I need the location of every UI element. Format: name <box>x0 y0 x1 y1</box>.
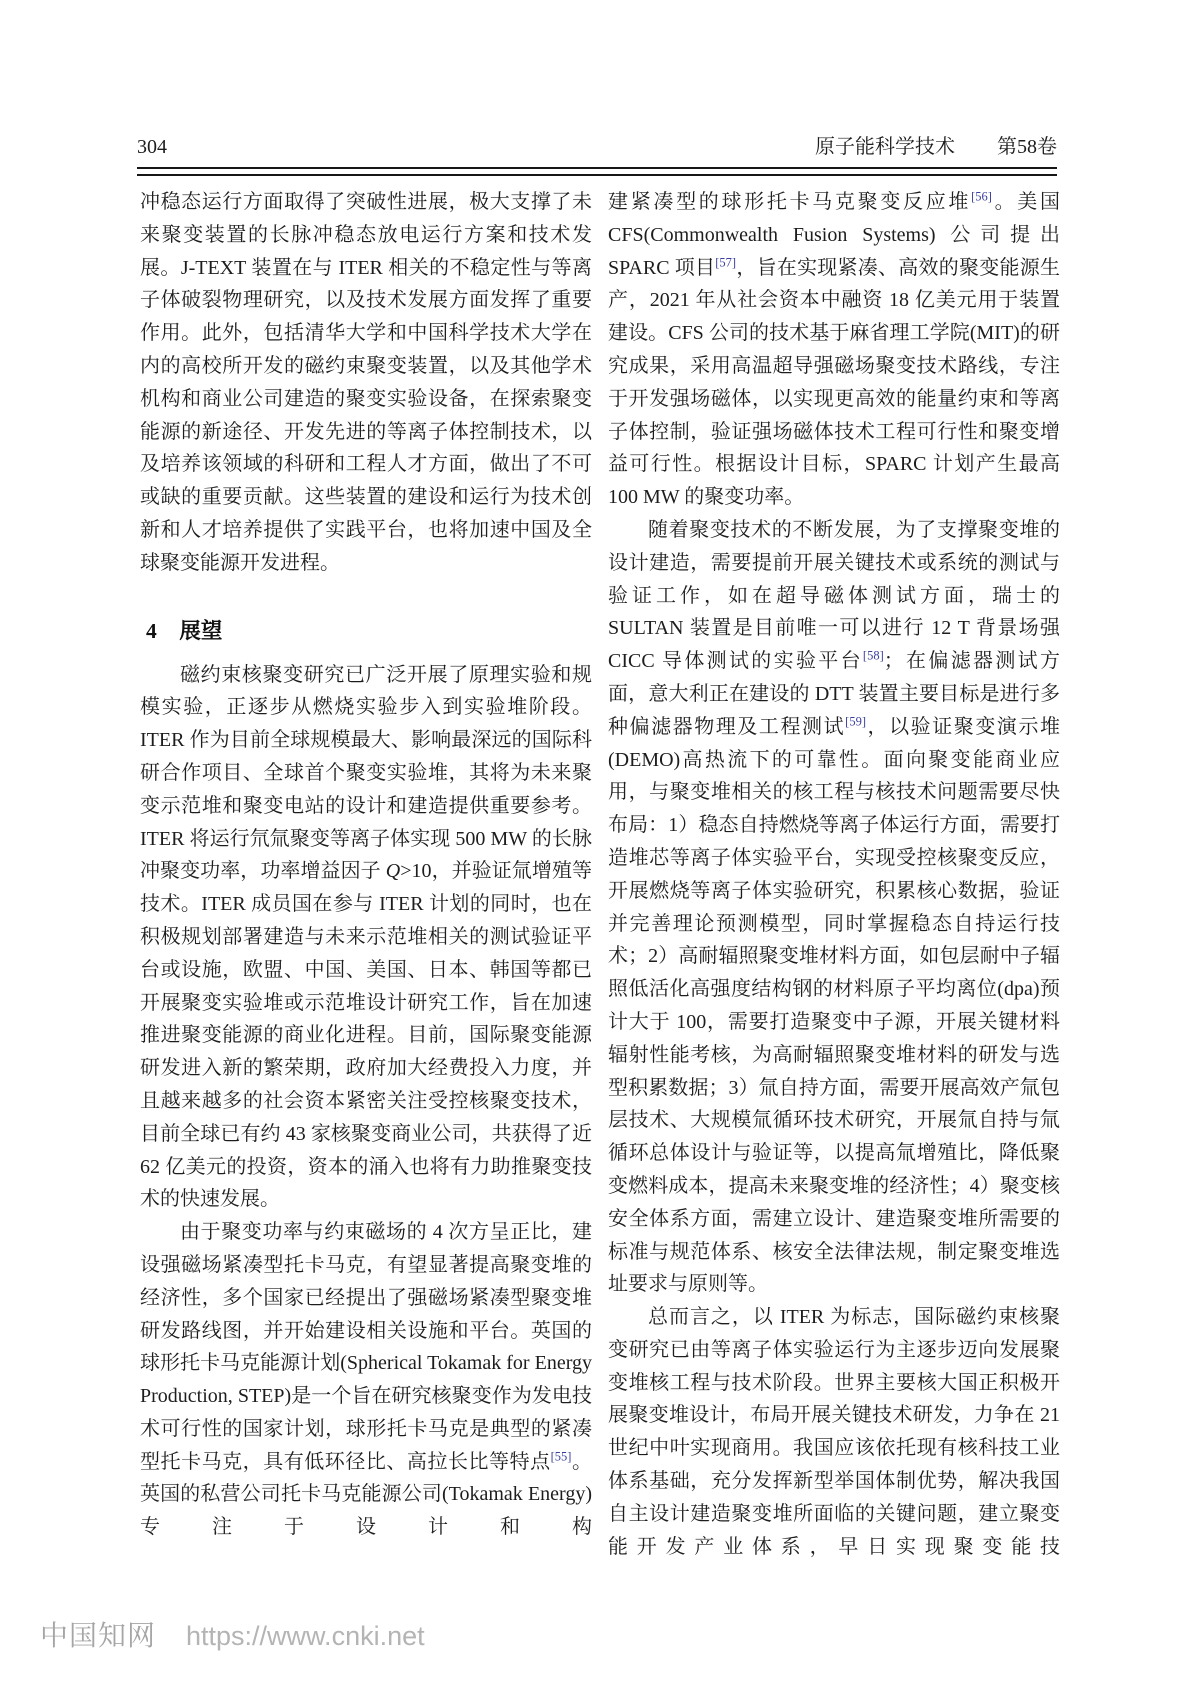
citation-marker: [59] <box>845 714 866 728</box>
paragraph: 随着聚变技术的不断发展，为了支撑聚变堆的设计建造，需要提前开展关键技术或系统的测… <box>608 514 1060 1301</box>
cnki-url: https://www.cnki.net <box>186 1621 425 1652</box>
page-number: 304 <box>137 136 167 159</box>
volume-label: 第58卷 <box>997 130 1057 159</box>
section-number: 4 <box>146 619 157 643</box>
paragraph: 冲稳态运行方面取得了突破性进展，极大支撑了未来聚变装置的长脉冲稳态放电运行方案和… <box>140 186 592 580</box>
section-title: 展望 <box>179 619 222 643</box>
left-column: 冲稳态运行方面取得了突破性进展，极大支撑了未来聚变装置的长脉冲稳态放电运行方案和… <box>140 186 592 1563</box>
citation-marker: [55] <box>551 1449 572 1463</box>
right-column: 建紧凑型的球形托卡马克聚变反应堆[56]。美国 CFS(Commonwealth… <box>608 186 1060 1563</box>
paragraph: 磁约束核聚变研究已广泛开展了原理实验和规模实验，正逐步从燃烧实验步入到实验堆阶段… <box>140 659 592 1217</box>
italic-symbol: Q <box>386 860 400 882</box>
page-header: 304 原子能科学技术 第58卷 <box>137 130 1057 159</box>
citation-marker: [58] <box>863 649 884 663</box>
paragraph: 由于聚变功率与约束磁场的 4 次方呈正比，建设强磁场紧凑型托卡马克，有望显著提高… <box>140 1216 592 1544</box>
article-body: 冲稳态运行方面取得了突破性进展，极大支撑了未来聚变装置的长脉冲稳态放电运行方案和… <box>140 186 1060 1563</box>
paragraph: 总而言之，以 ITER 为标志，国际磁约束核聚变研究已由等离子体实验运行为主逐步… <box>608 1301 1060 1563</box>
journal-page: 304 原子能科学技术 第58卷 冲稳态运行方面取得了突破性进展，极大支撑了未来… <box>0 0 1190 1684</box>
running-head: 原子能科学技术 第58卷 <box>815 130 1057 159</box>
section-heading: 4展望 <box>146 614 592 645</box>
citation-marker: [56] <box>971 189 992 203</box>
journal-title: 原子能科学技术 <box>815 130 955 159</box>
paragraph: 建紧凑型的球形托卡马克聚变反应堆[56]。美国 CFS(Commonwealth… <box>608 186 1060 514</box>
citation-marker: [57] <box>715 255 736 269</box>
header-rule <box>137 167 1057 176</box>
watermark-footer: 中国知网 https://www.cnki.net <box>40 1614 1140 1654</box>
cnki-brand: 中国知网 <box>40 1614 156 1654</box>
